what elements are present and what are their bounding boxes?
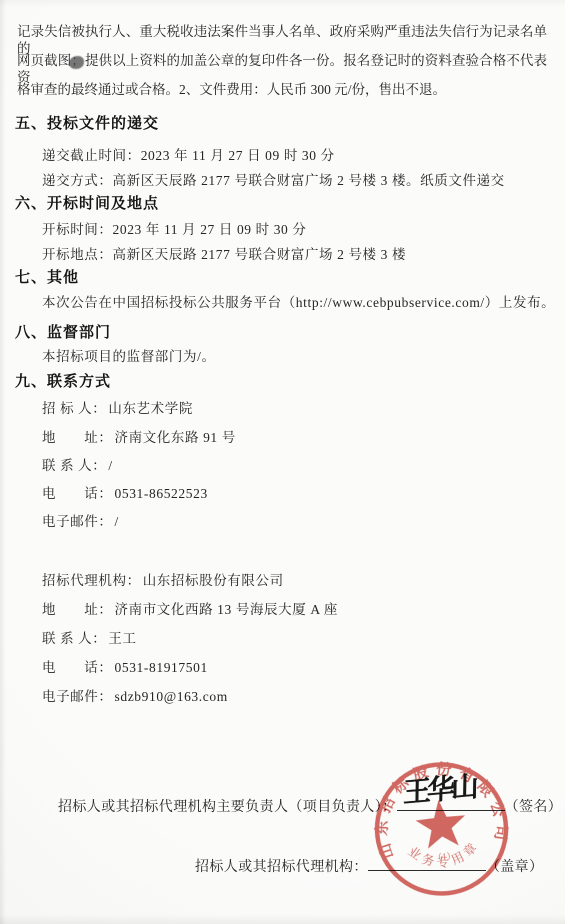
- agency-email-row: 电子邮件：sdzb910@163.com: [42, 685, 228, 705]
- agency-name-value: 山东招标股份有限公司: [143, 573, 284, 588]
- section-heading-supervision: 八、监督部门: [15, 321, 111, 342]
- tenderer-address-label: 地 址：: [42, 430, 113, 445]
- agency-contact-person-value: 王工: [108, 631, 136, 646]
- agency-name-label: 招标代理机构：: [42, 573, 141, 588]
- tenderer-name-label: 招 标 人：: [42, 401, 106, 416]
- agency-phone-label: 电 话：: [42, 660, 113, 675]
- agency-contact-person-row: 联 系 人：王工: [42, 627, 137, 647]
- tenderer-address-value: 济南文化东路 91 号: [115, 430, 236, 445]
- tenderer-contact-person-row: 联 系 人：/: [42, 454, 113, 474]
- announcement-platform-line: 本次公告在中国招标投标公共服务平台（http://www.cebpubservi…: [42, 291, 555, 311]
- agency-name-row: 招标代理机构：山东招标股份有限公司: [42, 569, 284, 589]
- bid-opening-time-line: 开标时间：2023 年 11 月 27 日 09 时 30 分: [42, 218, 306, 238]
- tenderer-email-value: /: [115, 514, 119, 529]
- bid-opening-place-line: 开标地点：高新区天辰路 2177 号联合财富广场 2 号楼 3 楼: [42, 243, 406, 263]
- tenderer-phone-value: 0531-86522523: [115, 486, 208, 501]
- agency-contact-person-label: 联 系 人：: [42, 631, 106, 646]
- scanned-tender-notice-page: 记录失信被执行人、重大税收违法案件当事人名单、政府采购严重违法失信行为记录名单的…: [0, 0, 565, 924]
- agency-email-label: 电子邮件：: [42, 689, 113, 704]
- intro-paragraph-line: 格审查的最终通过或合格。2、文件费用：人民币 300 元/份，售出不退。: [17, 81, 547, 98]
- section-heading-submission: 五、投标文件的递交: [15, 112, 159, 133]
- tenderer-address-row: 地 址：济南文化东路 91 号: [42, 426, 236, 446]
- principal-signature-label: 招标人或其招标代理机构主要负责人（项目负责人）：: [58, 800, 397, 815]
- tenderer-phone-row: 电 话：0531-86522523: [42, 482, 208, 502]
- agency-phone-value: 0531-81917501: [115, 660, 208, 675]
- tenderer-email-row: 电子邮件：/: [42, 510, 119, 530]
- section-heading-bid-opening: 六、开标时间及地点: [15, 192, 159, 213]
- signature-suffix-label: （签名）: [505, 800, 563, 815]
- agency-address-row: 地 址：济南市文化西路 13 号海辰大厦 A 座: [42, 598, 338, 618]
- supervision-dept-line: 本招标项目的监督部门为/。: [42, 345, 216, 365]
- agency-phone-row: 电 话：0531-81917501: [42, 656, 208, 676]
- tenderer-contact-person-label: 联 系 人：: [42, 458, 106, 473]
- agency-seal-label: 招标人或其招标代理机构：: [195, 860, 368, 875]
- section-heading-other: 七、其他: [15, 266, 79, 287]
- agency-address-label: 地 址：: [42, 602, 113, 617]
- tenderer-name-value: 山东艺术学院: [108, 401, 193, 416]
- tenderer-email-label: 电子邮件：: [42, 514, 113, 529]
- section-heading-contact: 九、联系方式: [15, 370, 111, 391]
- submission-method-line: 递交方式：高新区天辰路 2177 号联合财富广场 2 号楼 3 楼。纸质文件递交: [42, 169, 505, 189]
- submission-deadline-line: 递交截止时间：2023 年 11 月 27 日 09 时 30 分: [42, 144, 335, 164]
- tenderer-name-row: 招 标 人：山东艺术学院: [42, 397, 193, 417]
- company-seal-stamp: 山东招标股份有限公司 业务专用章 （1）: [363, 746, 519, 912]
- seal-star-icon: [414, 797, 468, 849]
- tenderer-contact-person-value: /: [108, 458, 112, 473]
- tenderer-phone-label: 电 话：: [42, 486, 113, 501]
- agency-address-value: 济南市文化西路 13 号海辰大厦 A 座: [115, 602, 339, 617]
- agency-email-value: sdzb910@163.com: [115, 689, 228, 704]
